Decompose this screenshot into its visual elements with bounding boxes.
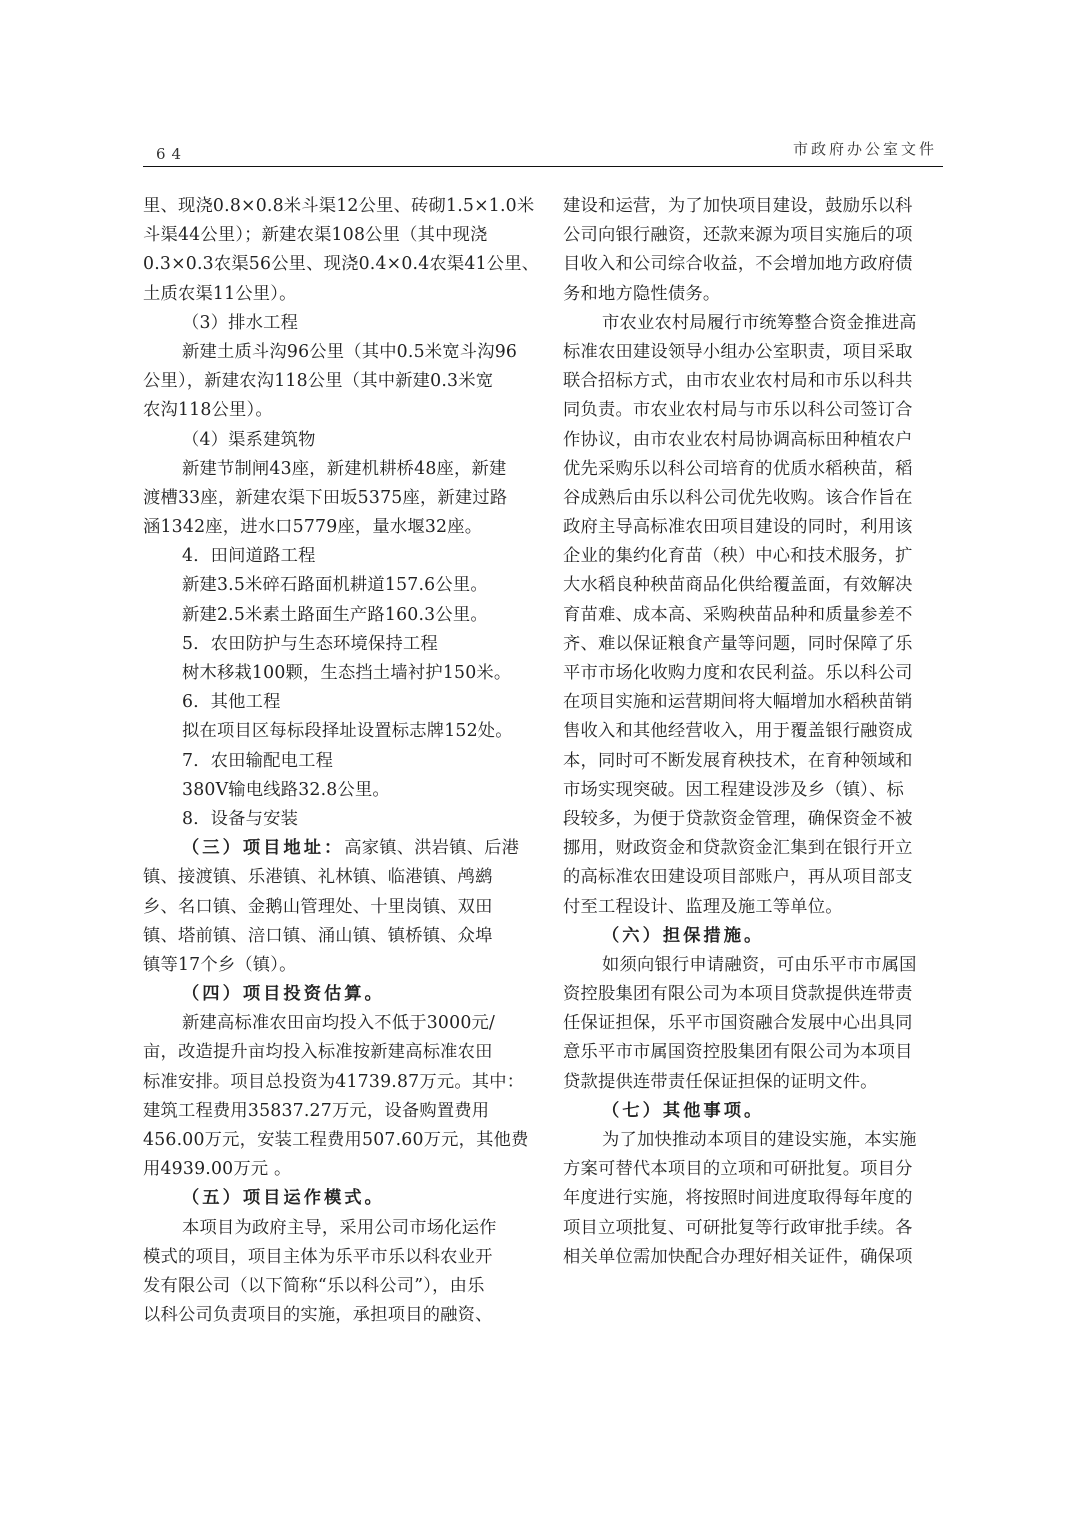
section-heading: （六）担保措施。 [563,922,945,951]
page-header: 64 市政府办公室文件 [143,138,943,167]
text-line: 平市市场化收购力度和农民利益。乐以科公司 [563,659,945,688]
text-line: 标准安排。项目总投资为41739.87万元。其中： [143,1068,525,1097]
text-line: 新建节制闸43座，新建机耕桥48座，新建 [143,455,525,484]
text-line: 镇、接渡镇、乐港镇、礼林镇、临港镇、鸬鹚 [143,863,525,892]
text-line: 作协议，由市农业农村局协调高标田种植农户 [563,426,945,455]
text-line: 相关单位需加快配合办理好相关证件，确保项 [563,1243,945,1272]
text-line: 亩，改造提升亩均投入标准按新建高标准农田 [143,1038,525,1067]
document-title: 市政府办公室文件 [793,138,937,159]
section-heading: （四）项目投资估算。 [143,980,525,1009]
text-line: 如须向银行申请融资，可由乐平市市属国 [563,951,945,980]
text-line: 镇、塔前镇、涪口镇、涌山镇、镇桥镇、众埠 [143,922,525,951]
text-line: 本，同时可不断发展育秧技术，在育种领域和 [563,747,945,776]
text-line: 0.3×0.3农渠56公里、现浇0.4×0.4农渠41公里、 [143,250,525,279]
text-line: 市农业农村局履行市统筹整合资金推进高 [563,309,945,338]
text-line: 456.00万元，安装工程费用507.60万元，其他费 [143,1126,525,1155]
text-line: 谷成熟后由乐以科公司优先收购。该合作旨在 [563,484,945,513]
text-line: 联合招标方式，由市农业农村局和市乐以科共 [563,367,945,396]
text-line: 新建2.5米素土路面生产路160.3公里。 [143,601,525,630]
text-line: 树木移栽100颗，生态挡土墙衬护150米。 [143,659,525,688]
text-line: 为了加快推动本项目的建设实施，本实施 [563,1126,945,1155]
text-line: （三）项目地址：高家镇、洪岩镇、后港 [143,834,525,863]
text-line: 8．设备与安装 [143,805,525,834]
text-line: 建设和运营，为了加快项目建设，鼓励乐以科 [563,192,945,221]
text-line: 市场实现突破。因工程建设涉及乡（镇）、标 [563,776,945,805]
text-line: 7．农田输配电工程 [143,747,525,776]
text-line: 同负责。市农业农村局与市乐以科公司签订合 [563,396,945,425]
text-line: 模式的项目，项目主体为乐平市乐以科农业开 [143,1243,525,1272]
section-heading: （七）其他事项。 [563,1097,945,1126]
text-line: 的高标准农田建设项目部账户，再从项目部支 [563,863,945,892]
text-line: 资控股集团有限公司为本项目贷款提供连带责 [563,980,945,1009]
text-line: 用4939.00万元 。 [143,1155,525,1184]
text-line: 优先采购乐以科公司培育的优质水稻秧苗，稻 [563,455,945,484]
text-line: 年度进行实施，将按照时间进度取得每年度的 [563,1184,945,1213]
text-line: 标准农田建设领导小组办公室职责，项目采取 [563,338,945,367]
text-line: （4）渠系建筑物 [143,426,525,455]
text-line: 农沟118公里）。 [143,396,525,425]
text-line: 任保证担保，乐平市国资融合发展中心出具同 [563,1009,945,1038]
text-line: 新建3.5米碎石路面机耕道157.6公里。 [143,571,525,600]
text-line: 新建土质斗沟96公里（其中0.5米宽斗沟96 [143,338,525,367]
text-line: 段较多，为便于贷款资金管理，确保资金不被 [563,805,945,834]
text-line: 公司向银行融资，还款来源为项目实施后的项 [563,221,945,250]
text-line: 380V输电线路32.8公里。 [143,776,525,805]
right-column: 建设和运营，为了加快项目建设，鼓励乐以科公司向银行融资，还款来源为项目实施后的项… [563,192,945,1272]
text-line: 方案可替代本项目的立项和可研批复。项目分 [563,1155,945,1184]
text-span: 高家镇、洪岩镇、后港 [344,838,519,858]
text-line: 镇等17个乡（镇）。 [143,951,525,980]
text-line: 目收入和公司综合收益，不会增加地方政府债 [563,250,945,279]
text-line: 拟在项目区每标段择址设置标志牌152处。 [143,717,525,746]
text-line: 新建高标准农田亩均投入不低于3000元/ [143,1009,525,1038]
text-line: 发有限公司（以下简称“乐以科公司”），由乐 [143,1272,525,1301]
text-line: 政府主导高标准农田项目建设的同时，利用该 [563,513,945,542]
text-line: 大水稻良种秧苗商品化供给覆盖面，有效解决 [563,571,945,600]
text-line: 企业的集约化育苗（秧）中心和技术服务，扩 [563,542,945,571]
text-line: 意乐平市市属国资控股集团有限公司为本项目 [563,1038,945,1067]
text-line: 售收入和其他经营收入，用于覆盖银行融资成 [563,717,945,746]
text-line: 建筑工程费用35837.27万元，设备购置费用 [143,1097,525,1126]
text-line: 涵1342座，进水口5779座，量水堰32座。 [143,513,525,542]
text-line: 里、现浇0.8×0.8米斗渠12公里、砖砌1.5×1.0米 [143,192,525,221]
text-line: 公里），新建农沟118公里（其中新建0.3米宽 [143,367,525,396]
text-line: 4．田间道路工程 [143,542,525,571]
text-line: 斗渠44公里）；新建农渠108公里（其中现浇 [143,221,525,250]
text-line: 乡、名口镇、金鹅山管理处、十里岗镇、双田 [143,893,525,922]
text-line: 务和地方隐性债务。 [563,280,945,309]
text-line: 在项目实施和运营期间将大幅增加水稻秧苗销 [563,688,945,717]
page-number: 64 [156,145,187,163]
text-line: 6．其他工程 [143,688,525,717]
section-heading: （三）项目地址： [182,838,344,858]
left-column: 里、现浇0.8×0.8米斗渠12公里、砖砌1.5×1.0米斗渠44公里）；新建农… [143,192,525,1330]
text-line: 渡槽33座，新建农渠下田坂5375座，新建过路 [143,484,525,513]
text-line: 土质农渠11公里）。 [143,280,525,309]
text-line: 育苗难、成本高、采购秧苗品种和质量参差不 [563,601,945,630]
section-heading: （五）项目运作模式。 [143,1184,525,1213]
text-line: 齐、难以保证粮食产量等问题，同时保障了乐 [563,630,945,659]
text-line: 项目立项批复、可研批复等行政审批手续。各 [563,1214,945,1243]
text-line: （3）排水工程 [143,309,525,338]
text-line: 本项目为政府主导，采用公司市场化运作 [143,1214,525,1243]
text-line: 5．农田防护与生态环境保持工程 [143,630,525,659]
text-line: 付至工程设计、监理及施工等单位。 [563,893,945,922]
text-line: 贷款提供连带责任保证担保的证明文件。 [563,1068,945,1097]
text-line: 挪用，财政资金和贷款资金汇集到在银行开立 [563,834,945,863]
text-line: 以科公司负责项目的实施，承担项目的融资、 [143,1301,525,1330]
